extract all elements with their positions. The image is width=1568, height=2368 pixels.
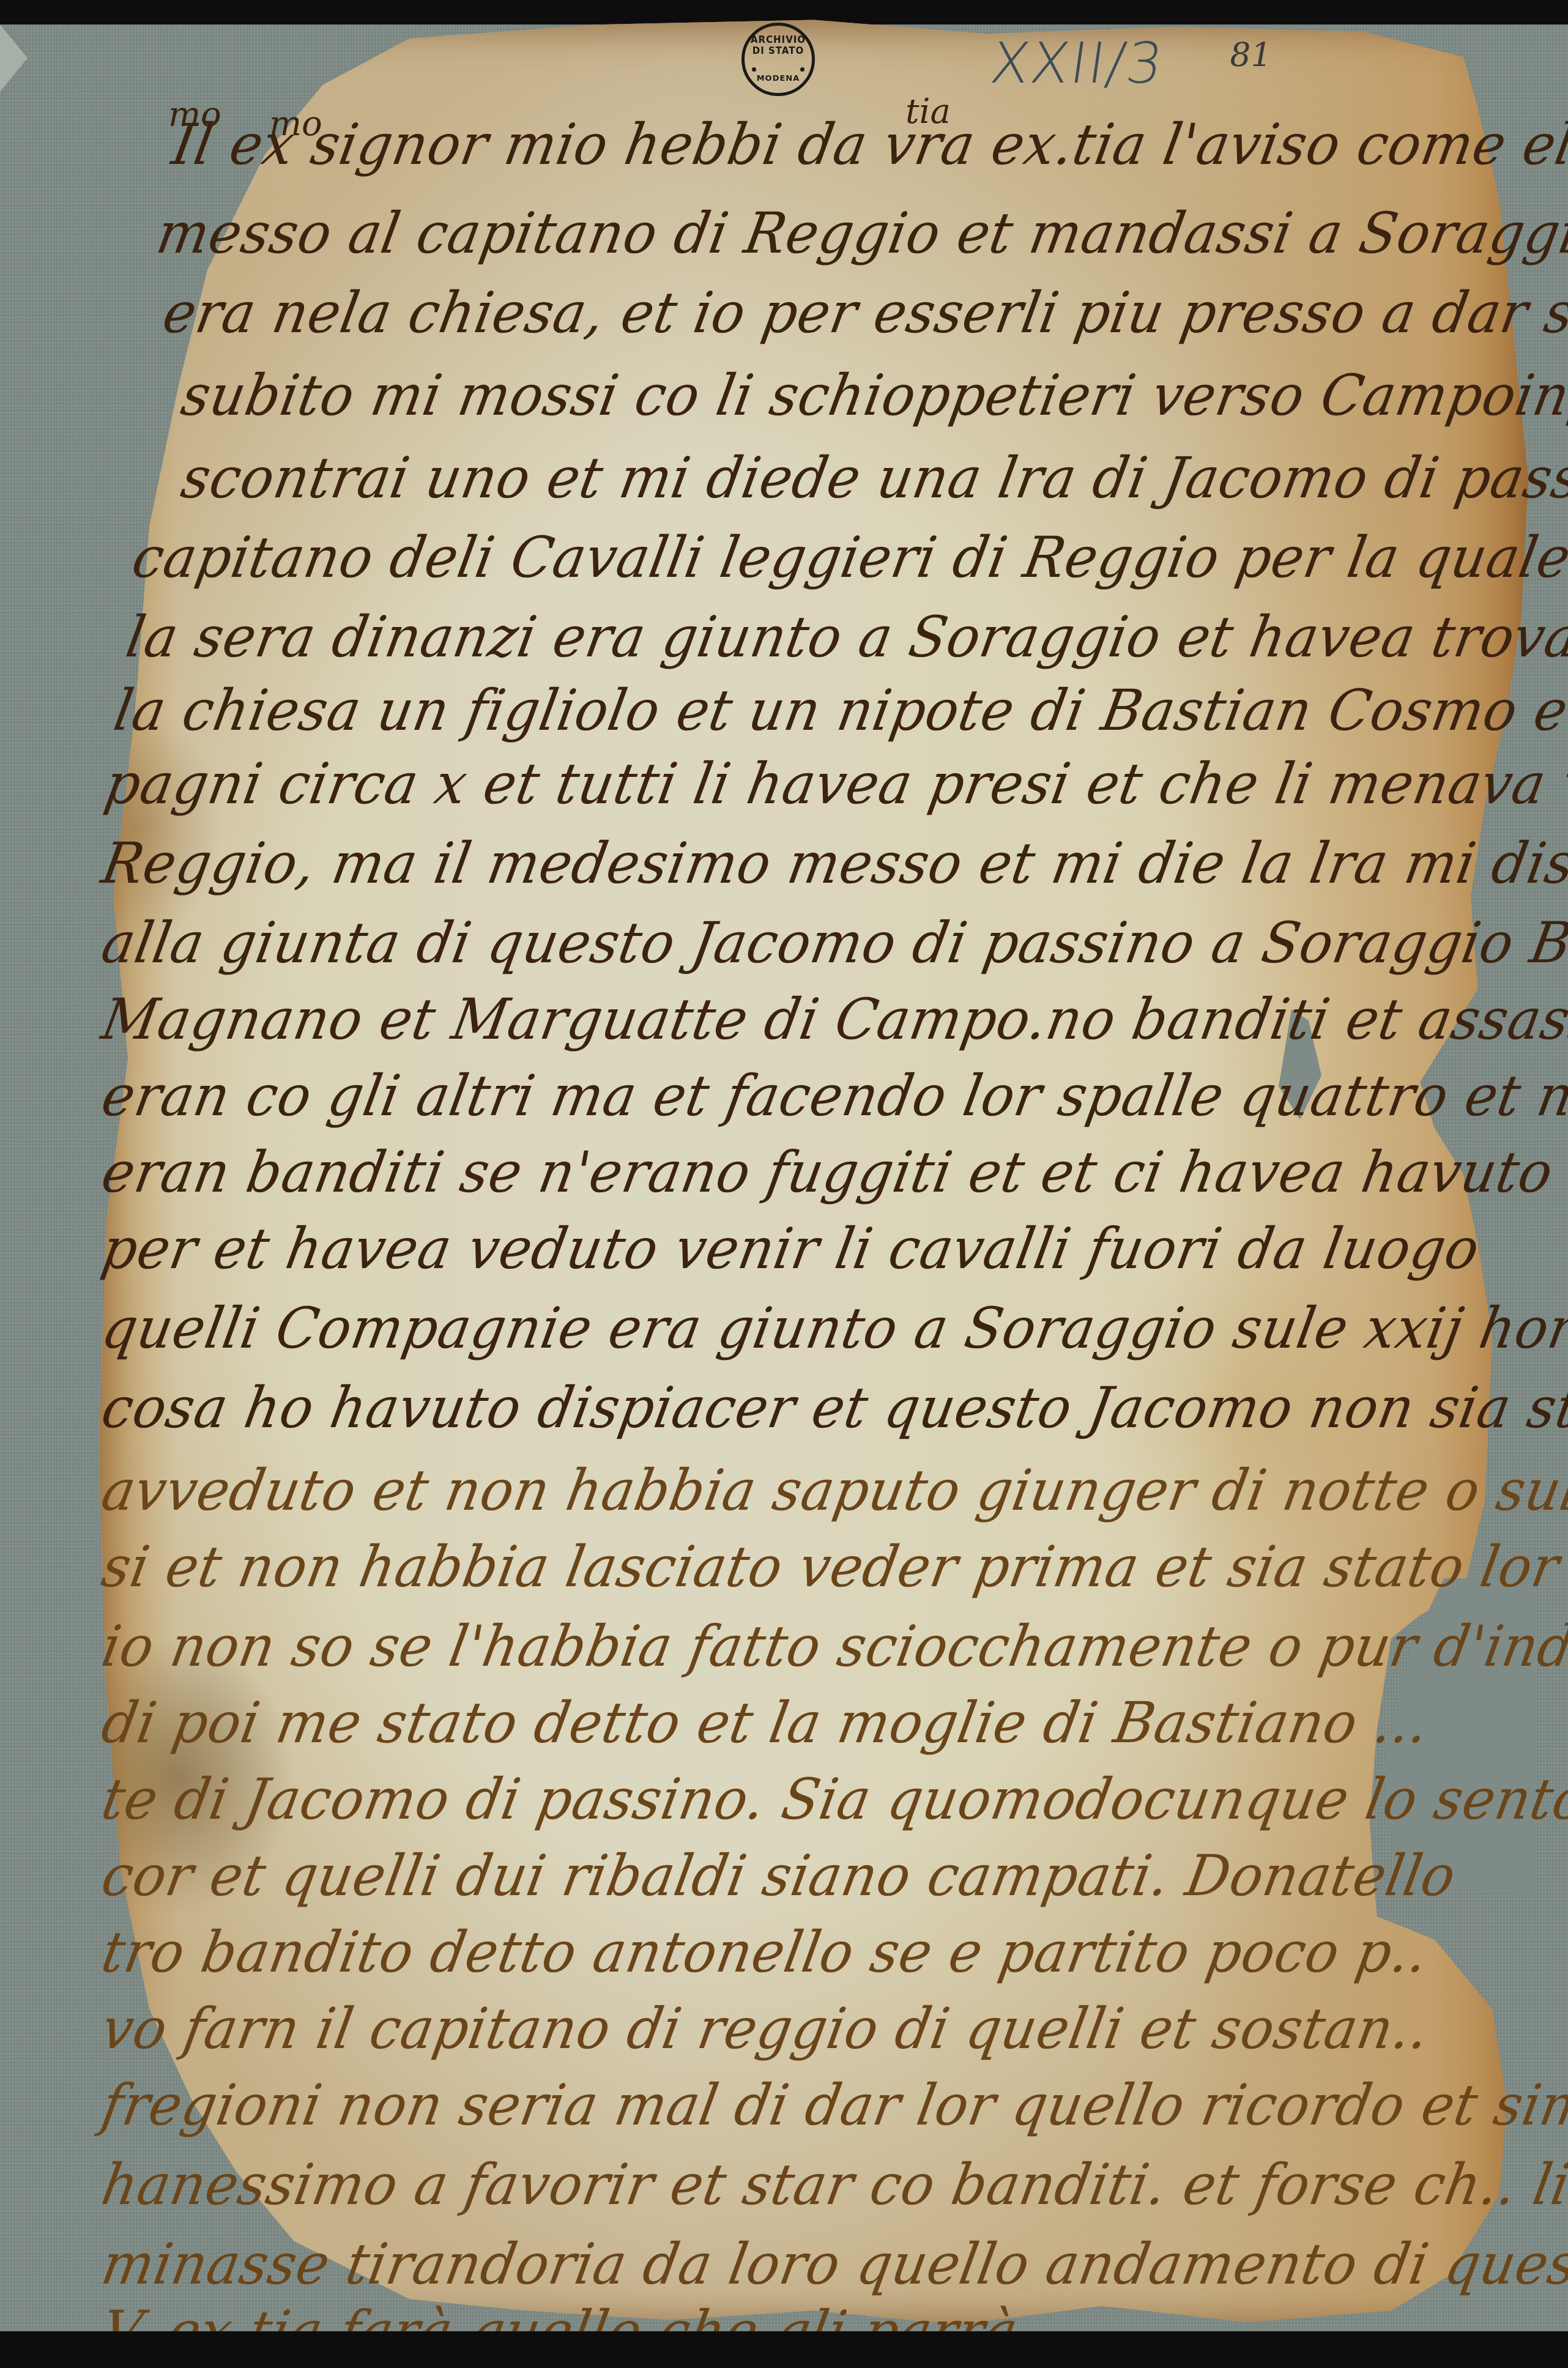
- manuscript-line: per et havea veduto venir li cavalli fuo…: [98, 1221, 1484, 1277]
- manuscript-line: te di Jacomo di passino. Sia quomodocunq…: [98, 1772, 1568, 1828]
- manuscript-line: pagni circa x et tutti li havea presi et…: [101, 756, 1568, 812]
- manuscript-line: Magnano et Marguatte di Campo.no banditi…: [98, 992, 1568, 1048]
- manuscript-line: Il ex signor mio hebbi da vra ex.tia l'a…: [168, 117, 1568, 173]
- manuscript-line: eran co gli altri ma et facendo lor spal…: [98, 1068, 1568, 1124]
- manuscript-line: eran banditi se n'erano fuggiti et et ci…: [98, 1145, 1557, 1201]
- manuscript-line: minasse tirandoria da loro quello andame…: [98, 2236, 1568, 2293]
- manuscript-line: scontrai uno et mi diede una lra di Jaco…: [177, 450, 1568, 507]
- manuscript-line: quelli Compagnie era giunto a Soraggio s…: [98, 1301, 1568, 1357]
- manuscript-line: avveduto et non habbia saputo giunger di…: [98, 1463, 1568, 1519]
- manuscript-line: messo al capitano di Reggio et mandassi …: [153, 206, 1568, 262]
- manuscript-line: la chiesa un figliolo et un nipote di Ba…: [110, 683, 1568, 739]
- manuscript-line: tro bandito detto antonello se e partito…: [98, 1924, 1432, 1981]
- manuscript-line: cor et quelli dui ribaldi siano campati.…: [98, 1848, 1460, 1904]
- manuscript-line: subito mi mossi co li schioppetieri vers…: [177, 368, 1568, 424]
- manuscript-line: fregioni non seria mal di dar lor quello…: [98, 2077, 1568, 2134]
- manuscript-line: cosa ho havuto dispiacer et questo Jacom…: [98, 1380, 1568, 1436]
- manuscript-line: io non so se l'habbia fatto sciocchament…: [98, 1619, 1568, 1675]
- manuscript-line: la sera dinanzi era giunto a Soraggio et…: [122, 609, 1568, 666]
- manuscript-line: vo farn il capitano di reggio di quelli …: [98, 2001, 1433, 2057]
- scan-bottom-edge: [0, 2331, 1568, 2368]
- manuscript-line: si et non habbia lasciato veder prima et…: [98, 1539, 1568, 1595]
- manuscript-line: era nela chiesa, et io per esserli piu p…: [159, 285, 1568, 341]
- manuscript-line: hanessimo a favorir et star co banditi. …: [98, 2157, 1568, 2213]
- manuscript-line: alla giunta di questo Jacomo di passino …: [98, 915, 1568, 971]
- manuscript-line: di poi me stato detto et la moglie di Ba…: [98, 1695, 1433, 1751]
- manuscript-line: Reggio, ma il medesimo messo et mi die l…: [98, 836, 1568, 892]
- manuscript-line: capitano deli Cavalli leggieri di Reggio…: [128, 530, 1568, 586]
- manuscript-text: mo mo tia Il ex signor mio hebbi da vra …: [0, 0, 1568, 2368]
